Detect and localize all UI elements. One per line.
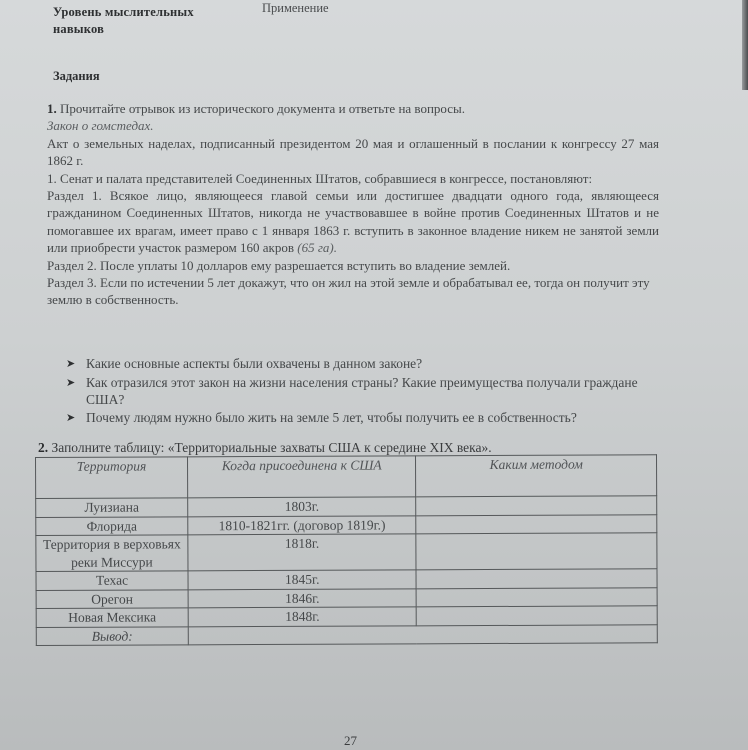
arrow-bullet-icon: ➤ (66, 374, 86, 393)
question-text: Как отразился этот закон на жизни населе… (86, 374, 666, 409)
task2-number: 2. (38, 440, 48, 455)
header-method: Каким методом (416, 455, 657, 497)
skill-level-label: Уровень мыслительных навыков (53, 4, 233, 38)
cell-method[interactable] (416, 569, 657, 589)
section-1-note: (65 га). (297, 240, 337, 255)
task1-number: 1. (47, 101, 57, 116)
cell-method[interactable] (416, 496, 657, 516)
cell-method[interactable] (417, 606, 658, 626)
territories-table: Территория Когда присоединена к США Каки… (35, 454, 658, 646)
questions-list: ➤ Какие основные аспекты были охвачены в… (66, 355, 666, 427)
cell-when: 1846г. (188, 588, 417, 607)
page-number: 27 (344, 733, 357, 749)
page-edge (742, 0, 748, 90)
document-title: Закон о гомстедах. (47, 117, 659, 134)
cell-territory: Территория в верховьях реки Миссури (36, 535, 188, 572)
cell-territory: Флорида (36, 516, 188, 535)
arrow-bullet-icon: ➤ (66, 355, 86, 374)
document-paragraph-3: Раздел 1. Всякое лицо, являющееся главой… (47, 187, 659, 257)
cell-when: 1818г. (188, 534, 417, 571)
cell-when: 1803г. (188, 497, 417, 516)
question-text: Какие основные аспекты были охвачены в д… (86, 355, 666, 373)
question-item: ➤ Почему людям нужно было жить на земле … (66, 409, 666, 428)
document-paragraph-1: Акт о земельных наделах, подписанный пре… (47, 135, 659, 170)
header-when-annexed: Когда присоединена к США (187, 456, 416, 498)
question-text: Почему людям нужно было жить на земле 5 … (86, 409, 666, 427)
table-header-row: Территория Когда присоединена к США Каки… (36, 455, 657, 499)
task2-instruction-text: Заполните таблицу: «Территориальные захв… (52, 440, 492, 455)
cell-method[interactable] (417, 587, 658, 607)
document-paragraph-5: Раздел 3. Если по истечении 5 лет докажу… (47, 274, 659, 309)
section-1-text: Раздел 1. Всякое лицо, являющееся главой… (47, 188, 659, 255)
cell-territory: Новая Мексика (36, 608, 188, 627)
skill-level-value: Применение (262, 1, 329, 16)
tasks-title: Задания (53, 69, 100, 84)
cell-when: 1845г. (188, 570, 417, 589)
cell-method[interactable] (416, 514, 657, 534)
arrow-bullet-icon: ➤ (66, 409, 86, 428)
conclusion-row: Вывод: (36, 624, 657, 645)
task2-instruction: 2. Заполните таблицу: «Территориальные з… (38, 440, 492, 456)
cell-when: 1810-1821гг. (договор 1819г.) (188, 515, 417, 534)
document-paragraph-4: Раздел 2. После уплаты 10 долларов ему р… (47, 257, 659, 274)
header-territory: Территория (36, 457, 188, 499)
conclusion-cell[interactable] (188, 624, 657, 645)
task1-section: 1. Прочитайте отрывок из исторического д… (47, 100, 659, 309)
question-item: ➤ Какие основные аспекты были охвачены в… (66, 355, 666, 374)
cell-method[interactable] (416, 533, 657, 570)
task1-instruction-text: Прочитайте отрывок из исторического доку… (60, 101, 465, 116)
cell-when: 1848г. (188, 607, 417, 626)
document-paragraph-2: 1. Сенат и палата представителей Соедине… (47, 170, 659, 187)
cell-territory: Техас (36, 571, 188, 590)
conclusion-label: Вывод: (36, 626, 188, 645)
table-row: Территория в верховьях реки Миссури 1818… (36, 533, 657, 572)
task1-instruction: 1. Прочитайте отрывок из исторического д… (47, 100, 659, 117)
cell-territory: Луизиана (36, 498, 188, 517)
cell-territory: Орегон (36, 589, 188, 608)
question-item: ➤ Как отразился этот закон на жизни насе… (66, 374, 666, 409)
